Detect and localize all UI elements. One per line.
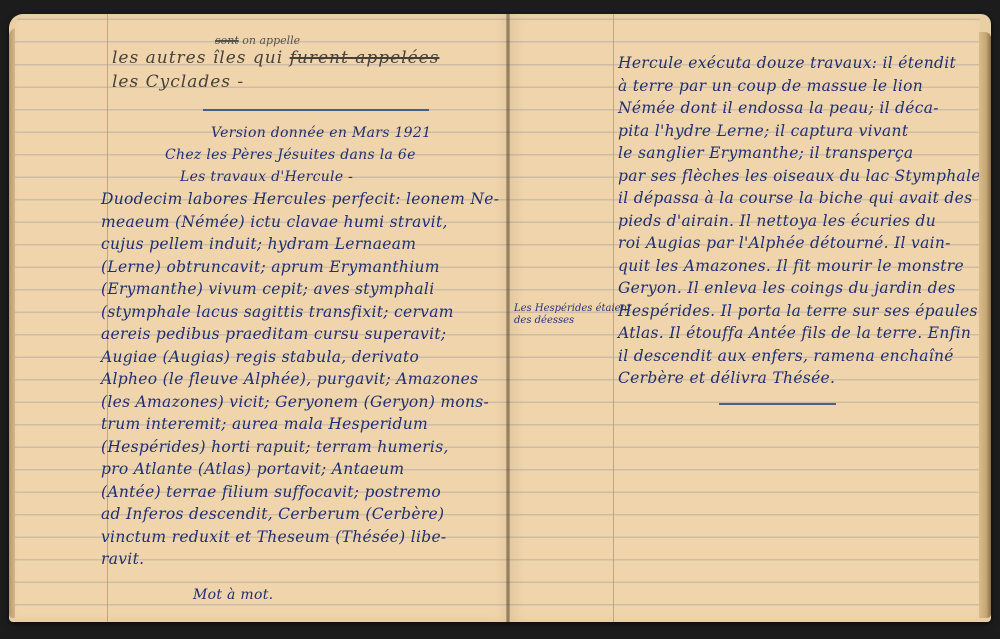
latin-line: Alpheo (le fleuve Alphée), purgavit; Ama… bbox=[101, 368, 478, 391]
heading-school: Chez les Pères Jésuites dans la 6e bbox=[165, 144, 416, 167]
french-line: pieds d'airain. Il nettoya les écuries d… bbox=[618, 210, 936, 233]
margin-note-line: des déesses bbox=[514, 315, 631, 327]
french-line: Geryon. Il enleva les coings du jardin d… bbox=[618, 277, 956, 300]
margin-note-line: Les Hespérides étaient bbox=[514, 303, 631, 315]
latin-line: (Hespérides) horti rapuit; terram humeri… bbox=[101, 436, 449, 459]
latin-line: pro Atlante (Atlas) portavit; Antaeum bbox=[101, 458, 404, 481]
pencil-insertion: sont on appelle bbox=[215, 34, 300, 47]
latin-line: ad Inferos descendit, Cerberum (Cerbère) bbox=[101, 503, 444, 526]
pencil-header-line-2: les Cyclades - bbox=[112, 71, 244, 94]
french-line: il descendit aux enfers, ramena enchaîné bbox=[618, 345, 954, 368]
margin-note-hesperides: Les Hespérides étaient des déesses bbox=[514, 303, 631, 327]
latin-line: (Antée) terrae filium suffocavit; postre… bbox=[101, 481, 441, 504]
struck-text: furent appelées bbox=[290, 48, 440, 68]
latin-line: cujus pellem induit; hydram Lernaeam bbox=[101, 233, 416, 256]
right-page: Les Hespérides étaient des déesses Hercu… bbox=[510, 14, 980, 622]
french-line: pita l'hydre Lerne; il captura vivant bbox=[618, 120, 908, 143]
latin-line: ravit. bbox=[101, 548, 144, 571]
end-divider-rule bbox=[719, 403, 836, 405]
latin-line: meaeum (Némée) ictu clavae humi stravit, bbox=[101, 211, 448, 234]
latin-line: (stymphale lacus sagittis transfixit; ce… bbox=[101, 301, 454, 324]
latin-line: (Lerne) obtruncavit; aprum Erymanthium bbox=[101, 256, 440, 279]
heading-title: Les travaux d'Hercule - bbox=[180, 166, 353, 189]
footer-mot-a-mot: Mot à mot. bbox=[193, 584, 273, 607]
french-line: il dépassa à la course la biche qui avai… bbox=[618, 187, 972, 210]
french-line: à terre par un coup de massue le lion bbox=[618, 75, 923, 98]
latin-line: vinctum reduxit et Theseum (Thésée) libe… bbox=[101, 526, 446, 549]
french-line: le sanglier Erymanthe; il transperça bbox=[618, 142, 913, 165]
french-line: Némée dont il endossa la peau; il déca- bbox=[618, 97, 939, 120]
pencil-text: les autres îles qui bbox=[112, 48, 283, 68]
french-line: par ses flèches les oiseaux du lac Stymp… bbox=[618, 165, 986, 188]
open-notebook: sont on appelle les autres îles qui fure… bbox=[9, 14, 991, 622]
struck-insertion: sont bbox=[215, 34, 239, 47]
insertion-text: on appelle bbox=[242, 34, 300, 47]
left-page: sont on appelle les autres îles qui fure… bbox=[15, 14, 510, 622]
french-line: Hercule exécuta douze travaux: il étendi… bbox=[618, 52, 956, 75]
french-line: roi Augias par l'Alphée détourné. Il vai… bbox=[618, 232, 951, 255]
right-page-stack-edge bbox=[979, 32, 991, 618]
french-line: Hespérides. Il porta la terre sur ses ép… bbox=[618, 300, 991, 323]
latin-line: (les Amazones) vicit; Geryonem (Geryon) … bbox=[101, 391, 489, 414]
french-line: quit les Amazones. Il fit mourir le mons… bbox=[618, 255, 964, 278]
french-line: Atlas. Il étouffa Antée fils de la terre… bbox=[618, 322, 971, 345]
latin-line: trum interemit; aurea mala Hesperidum bbox=[101, 413, 428, 436]
pencil-header-line-1: les autres îles qui furent appelées bbox=[112, 47, 439, 70]
latin-line: aereis pedibus praeditam cursu superavit… bbox=[101, 323, 446, 346]
latin-line: Augiae (Augias) regis stabula, derivato bbox=[101, 346, 419, 369]
latin-line: (Erymanthe) vivum cepit; aves stymphali bbox=[101, 278, 434, 301]
french-line: Cerbère et délivra Thésée. bbox=[618, 367, 835, 390]
latin-line: Duodecim labores Hercules perfecit: leon… bbox=[101, 188, 499, 211]
section-divider-rule bbox=[203, 109, 429, 111]
heading-date: Version donnée en Mars 1921 bbox=[211, 122, 431, 145]
